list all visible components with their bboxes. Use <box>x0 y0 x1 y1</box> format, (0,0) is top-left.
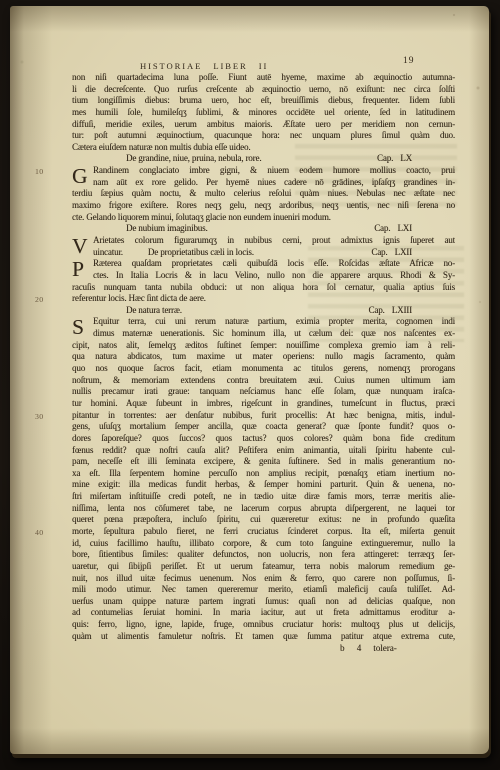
text-line: niſſima, lenta nos cōſumeret tabe, ne la… <box>72 503 455 515</box>
text-line: dimus maternæ uenerationis. Sic hominum … <box>72 328 455 340</box>
text-line-content: ctes. In Italia Locris & in lacu Velino,… <box>72 270 455 282</box>
chapter-label: Cap. LX <box>377 153 455 165</box>
text-line-content: uerſus unam quippe naturæ partem ingrati… <box>72 596 455 608</box>
text-line: nuit, nos illud uitæ fecimus uenenum. No… <box>72 573 455 585</box>
text-line-content: quis: ferro, ligno, igne, lapide, fruge,… <box>72 619 455 631</box>
text-line-content: dimus maternæ uenerationis. Sic hominum … <box>72 328 455 340</box>
signature-mark: b 4 <box>340 643 361 653</box>
text-line-content: mes humili ſole, humileſqʒ ſublimi, & mi… <box>72 107 455 119</box>
text-line-content: Ræterea quaſdam proprietates cæli quibuſ… <box>72 258 455 270</box>
text-line-content: Equitur terra, cui uni rerum naturæ part… <box>72 316 455 328</box>
chapter-label: Cap. LXII <box>371 247 455 259</box>
text-line: non niſi quartadecima luna poſſe. Fiunt … <box>72 72 455 84</box>
text-line-content: cte. Gelando liquorem minui, ſolutaqʒ gl… <box>72 212 455 224</box>
text-line-content: bore, ſitientibus ſimiles: qualiter defu… <box>72 549 455 561</box>
text-line-content: tur: poſt autumni æquinoctium, quacunque… <box>72 130 455 142</box>
text-line: mine exigit: illa medicas fundit herbas,… <box>72 479 455 491</box>
page-paper: HISTORIAE LIBER II 19 non niſi quartadec… <box>10 6 489 754</box>
text-line: 40morte, ſepultura pabulo fieret, ne fer… <box>72 526 455 538</box>
text-line-content: queret pœna præpoſtera, incluſo ſpiritu,… <box>72 514 455 526</box>
text-line: diffuſi, meridie exiles, uerum ambitus m… <box>72 119 455 131</box>
text-line: id, cuius facillimo hauſtu, illibato cor… <box>72 538 455 550</box>
margin-line-number: 20 <box>35 294 43 306</box>
text-line-content: quo nos quoque ſacros facit, etiam monum… <box>72 363 455 375</box>
section-heading: De nubium imaginibus.Cap. LXI <box>72 223 455 235</box>
text-line: nam aūt ex rore gelido. Per hyemē niues … <box>72 177 455 189</box>
text-line: quàm ut alimentis famuletur noſtris. Et … <box>72 631 455 643</box>
text-line-content: nuit, nos illud uitæ fecimus uenenum. No… <box>72 573 455 585</box>
text-line: cipit, natos alit, ſemelqʒ æditos ſuſtin… <box>72 340 455 352</box>
text-line-with-heading: uincatur.De proprietatibus cæli in locis… <box>72 247 455 259</box>
text-line-content: id, cuius facillimo hauſtu, illibato cor… <box>72 538 455 550</box>
text-line-content: nullis precamur irati graue: tanquam neſ… <box>72 386 455 398</box>
text-line-content: tium longiſſimis diebus: bruma uero, hoc… <box>72 95 455 107</box>
text-line-content: pam, neceſſe eſt illi ſeminata excipere,… <box>72 456 455 468</box>
text-line: maximo frigore exiſtere. Rores neqʒ gelu… <box>72 200 455 212</box>
text-line-content: non niſi quartadecima luna poſſe. Fiunt … <box>72 72 455 84</box>
text-line: Cætera eiuſdem naturæ non multis dubia e… <box>72 142 455 154</box>
text-line-content: ſtri miſertam inſtituiſſe credi poteſt, … <box>72 491 455 503</box>
text-line-content: tur homini. Aquæ ſubeunt in imbres, rige… <box>72 398 455 410</box>
text-line-content: cipit, natos alit, ſemelqʒ æditos ſuſtin… <box>72 340 455 352</box>
text-line-content: referentur locis. Hæc ſint dicta de aere… <box>72 293 455 305</box>
text-line: cte. Gelando liquorem minui, ſolutaqʒ gl… <box>72 212 455 224</box>
text-line: mili modo utimur. Nec tamen quereremur m… <box>72 584 455 596</box>
catchword: tolera- <box>373 643 396 653</box>
text-line-content: maximo frigore exiſtere. Rores neqʒ gelu… <box>72 200 455 212</box>
heading-title: De natura terræ. <box>72 305 182 317</box>
text-line: quo nos quoque ſacros facit, etiam monum… <box>72 363 455 375</box>
text-line-content: dores ſaporeſque? quos ſuccos? quos tact… <box>72 433 455 445</box>
running-header: HISTORIAE LIBER II <box>72 56 455 68</box>
text-line-content: noſtrum, & memoriam extendens contra bre… <box>72 375 455 387</box>
section-heading: De grandine, niue, pruina, nebula, rore.… <box>72 153 455 165</box>
text-line: terdiu ſæpius quàm noctu, & multo celeri… <box>72 188 455 200</box>
text-line: mes humili ſole, humileſqʒ ſublimi, & mi… <box>72 107 455 119</box>
text-line-content: qua natura abdicatos, tum maxime ut mate… <box>72 351 455 363</box>
text-line: fœnus reddit? quæ noſtri cauſa alit? Peſ… <box>72 445 455 457</box>
margin-line-number: 10 <box>35 166 43 178</box>
catchword-line: b 4tolera- <box>72 643 455 653</box>
text-line-content: mili modo utimur. Nec tamen quereremur m… <box>72 584 455 596</box>
text-line: 20referentur locis. Hæc ſint dicta de ae… <box>72 293 455 305</box>
section-heading: De natura terræ.Cap. LXIII <box>72 305 455 317</box>
heading-title: De proprietatibus cæli in locis. <box>148 247 254 259</box>
text-line: nullis precamur irati graue: tanquam neſ… <box>72 386 455 398</box>
text-line: queret pœna præpoſtera, incluſo ſpiritu,… <box>72 514 455 526</box>
text-line-content: ad contumelias ſeruiat homini. In maria … <box>72 607 455 619</box>
text-line-content: niſſima, lenta nos cōſumeret tabe, ne la… <box>72 503 455 515</box>
text-line: SEquitur terra, cui uni rerum naturæ par… <box>72 316 455 328</box>
text-line-content: quàm ut alimentis famuletur noſtris. Et … <box>72 631 455 643</box>
text-fragment: uincatur. <box>93 247 123 259</box>
text-line: li die decreſcente. Quo rurſus creſcente… <box>72 84 455 96</box>
text-line: pam, neceſſe eſt illi ſeminata excipere,… <box>72 456 455 468</box>
heading-title: De nubium imaginibus. <box>72 223 208 235</box>
text-line-content: Randinem conglaciato imbre gigni, & niue… <box>72 165 455 177</box>
text-line: tur: poſt autumni æquinoctium, quacunque… <box>72 130 455 142</box>
text-line: bore, ſitientibus ſimiles: qualiter defu… <box>72 549 455 561</box>
text-line: VArietates colorum figurarumqʒ in nubibu… <box>72 235 455 247</box>
page-number: 19 <box>403 56 415 66</box>
text-line-content: fœnus reddit? quæ noſtri cauſa alit? Peſ… <box>72 445 455 457</box>
text-line: tur homini. Aquæ ſubeunt in imbres, rige… <box>72 398 455 410</box>
text-line: noſtrum, & memoriam extendens contra bre… <box>72 375 455 387</box>
text-line: gens, uſuſqʒ mortalium ſemper ancilla, q… <box>72 421 455 433</box>
text-line: 30pitantur in torrentes: aer denſatur nu… <box>72 410 455 422</box>
text-line: qua natura abdicatos, tum maxime ut mate… <box>72 351 455 363</box>
text-block: non niſi quartadecima luna poſſe. Fiunt … <box>72 72 455 642</box>
chapter-label: Cap. LXI <box>374 223 455 235</box>
text-line-content: uaretur, qui ſibijpſi periſſet. Et ut ue… <box>72 561 455 573</box>
text-line-content: gens, uſuſqʒ mortalium ſemper ancilla, q… <box>72 421 455 433</box>
text-line: xa eſt. Illa ſerpentem homine percuſſo n… <box>72 468 455 480</box>
text-line: uerſus unam quippe naturæ partem ingrati… <box>72 596 455 608</box>
text-line: racuſis nunquam tanta nubila obduci: ut … <box>72 282 455 294</box>
text-line: uaretur, qui ſibijpſi periſſet. Et ut ue… <box>72 561 455 573</box>
text-line-content: xa eſt. Illa ſerpentem homine percuſſo n… <box>72 468 455 480</box>
text-line: dores ſaporeſque? quos ſuccos? quos tact… <box>72 433 455 445</box>
text-line: ſtri miſertam inſtituiſſe credi poteſt, … <box>72 491 455 503</box>
text-line: ctes. In Italia Locris & in lacu Velino,… <box>72 270 455 282</box>
book-page-scan: HISTORIAE LIBER II 19 non niſi quartadec… <box>0 0 500 770</box>
text-line-content: mine exigit: illa medicas fundit herbas,… <box>72 479 455 491</box>
text-line-content: nam aūt ex rore gelido. Per hyemē niues … <box>72 177 455 189</box>
text-line-content: racuſis nunquam tanta nubila obduci: ut … <box>72 282 455 294</box>
text-line-content: li die decreſcente. Quo rurſus creſcente… <box>72 84 455 96</box>
text-line-content: terdiu ſæpius quàm noctu, & multo celeri… <box>72 188 455 200</box>
running-title: HISTORIAE LIBER II <box>140 61 268 71</box>
text-line-content: pitantur in torrentes: aer denſatur nubi… <box>72 410 455 422</box>
text-line-content: morte, ſepultura pabulo fieret, ne ferri… <box>72 526 455 538</box>
text-line: 10GRandinem conglaciato imbre gigni, & n… <box>72 165 455 177</box>
text-line-content: Arietates colorum figurarumqʒ in nubibus… <box>72 235 455 247</box>
text-line: tium longiſſimis diebus: bruma uero, hoc… <box>72 95 455 107</box>
text-line-content: diffuſi, meridie exiles, uerum ambitus m… <box>72 119 455 131</box>
margin-line-number: 40 <box>35 527 43 539</box>
text-line-content: Cætera eiuſdem naturæ non multis dubia e… <box>72 142 455 154</box>
margin-line-number: 30 <box>35 411 43 423</box>
text-line: ad contumelias ſeruiat homini. In maria … <box>72 607 455 619</box>
text-line: quis: ferro, ligno, igne, lapide, fruge,… <box>72 619 455 631</box>
text-line: PRæterea quaſdam proprietates cæli quibu… <box>72 258 455 270</box>
chapter-label: Cap. LXIII <box>369 305 456 317</box>
heading-title: De grandine, niue, pruina, nebula, rore. <box>72 153 261 165</box>
